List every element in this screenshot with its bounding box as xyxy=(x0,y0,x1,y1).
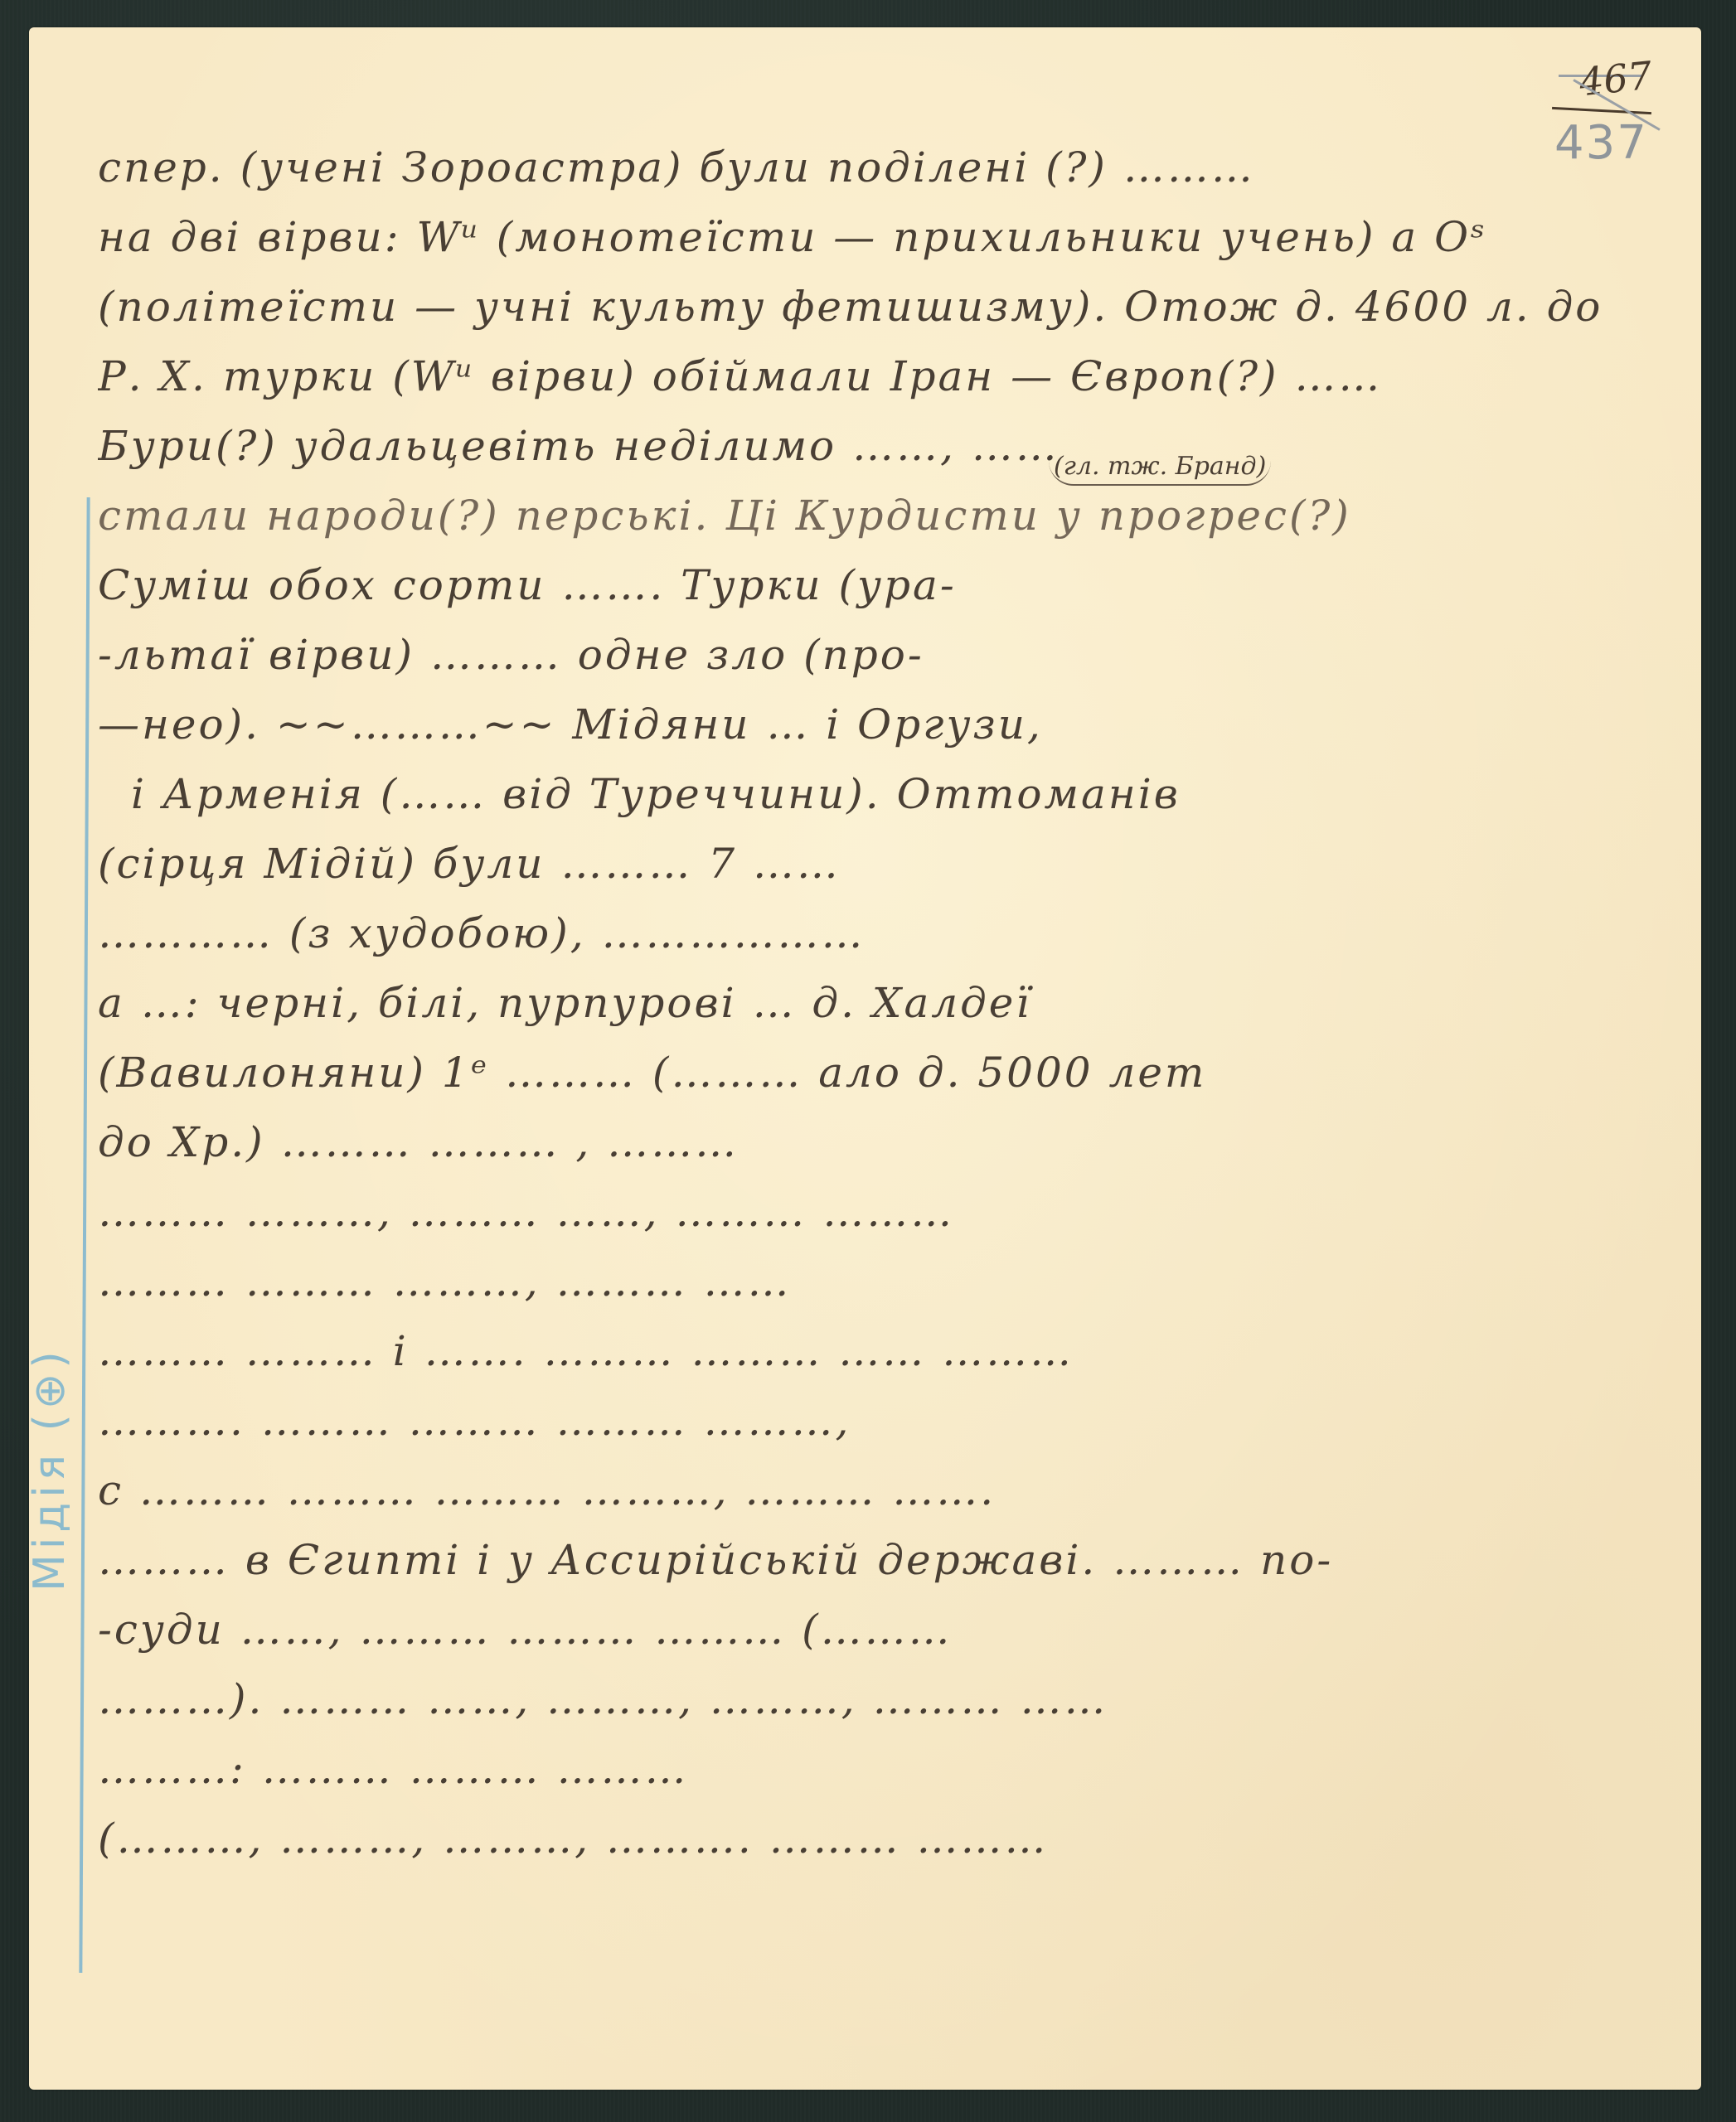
text-line-with-strikethrough: —нео). ~~………~~ Мідяни … і Оргузи, xyxy=(98,690,1690,759)
text-line: ………). ……… ……, ………, ………, ……… …… xyxy=(98,1664,1690,1734)
text-line: ………: ……… ……… ……… xyxy=(98,1734,1690,1804)
text-line: до Хр.) ……… ……… , ……… xyxy=(98,1107,1690,1177)
text-line: ……… в Єгипті і у Ассирійській державі. …… xyxy=(98,1525,1690,1595)
text-line: Р. Х. турки (Wᵘ вірви) обіймали Іран — Є… xyxy=(98,342,1690,411)
text-line: ………… (з худобою), ……………… xyxy=(98,899,1690,968)
folio-underline xyxy=(1552,107,1651,114)
blue-pencil-margin-note: Мідія (⊕) xyxy=(25,597,91,1591)
text-line: (Вавилоняни) 1ᵉ ……… (……… ало д. 5000 лет xyxy=(98,1038,1690,1107)
manuscript-text: спер. (учені Зороастра) були поділені (?… xyxy=(98,133,1690,1873)
text-line: (………, ………, ………, ………. ……… ……… xyxy=(98,1804,1690,1873)
text-line: (сірця Мідій) були ……… 7 …… xyxy=(98,829,1690,899)
text-line: ……… ……… і ……. ……… ……… …… ……… xyxy=(98,1316,1690,1386)
text-line: на дві вірви: Wᵘ (монотеїсти — прихильни… xyxy=(98,202,1690,272)
text-line: спер. (учені Зороастра) були поділені (?… xyxy=(98,133,1690,202)
text-line: -льтаї вірви) ……… одне зло (про- xyxy=(98,620,1690,690)
text-line: Суміш обох сорти ……. Турки (ура- xyxy=(98,550,1690,620)
text-line: ………. ……… ……… ……… ………, xyxy=(98,1386,1690,1456)
text-line: стали народи(?) перські. Ці Курдисти у п… xyxy=(98,481,1690,550)
folio-ink-number: 467 xyxy=(1577,53,1654,105)
text-line: -суди ……, ……… ……… ……… (……… xyxy=(98,1595,1690,1664)
text-line: і Арменія (…… від Туреччини). Оттоманів xyxy=(98,759,1690,829)
text-line: ……… ……… ………, ……… …… xyxy=(98,1247,1690,1316)
text-line: (політеїсти — учні культу фетишизму). От… xyxy=(98,272,1690,342)
text-line: а …: черні, білі, пурпурові … д. Халдеї xyxy=(98,968,1690,1038)
text-line: Бури(?) удальцевіть неділимо ……, …… xyxy=(98,411,1690,481)
text-line: с ……… ……… ……… ………, ……… ……. xyxy=(98,1456,1690,1525)
text-line: ……… ………, ……… ……, ……… ……… xyxy=(98,1177,1690,1247)
